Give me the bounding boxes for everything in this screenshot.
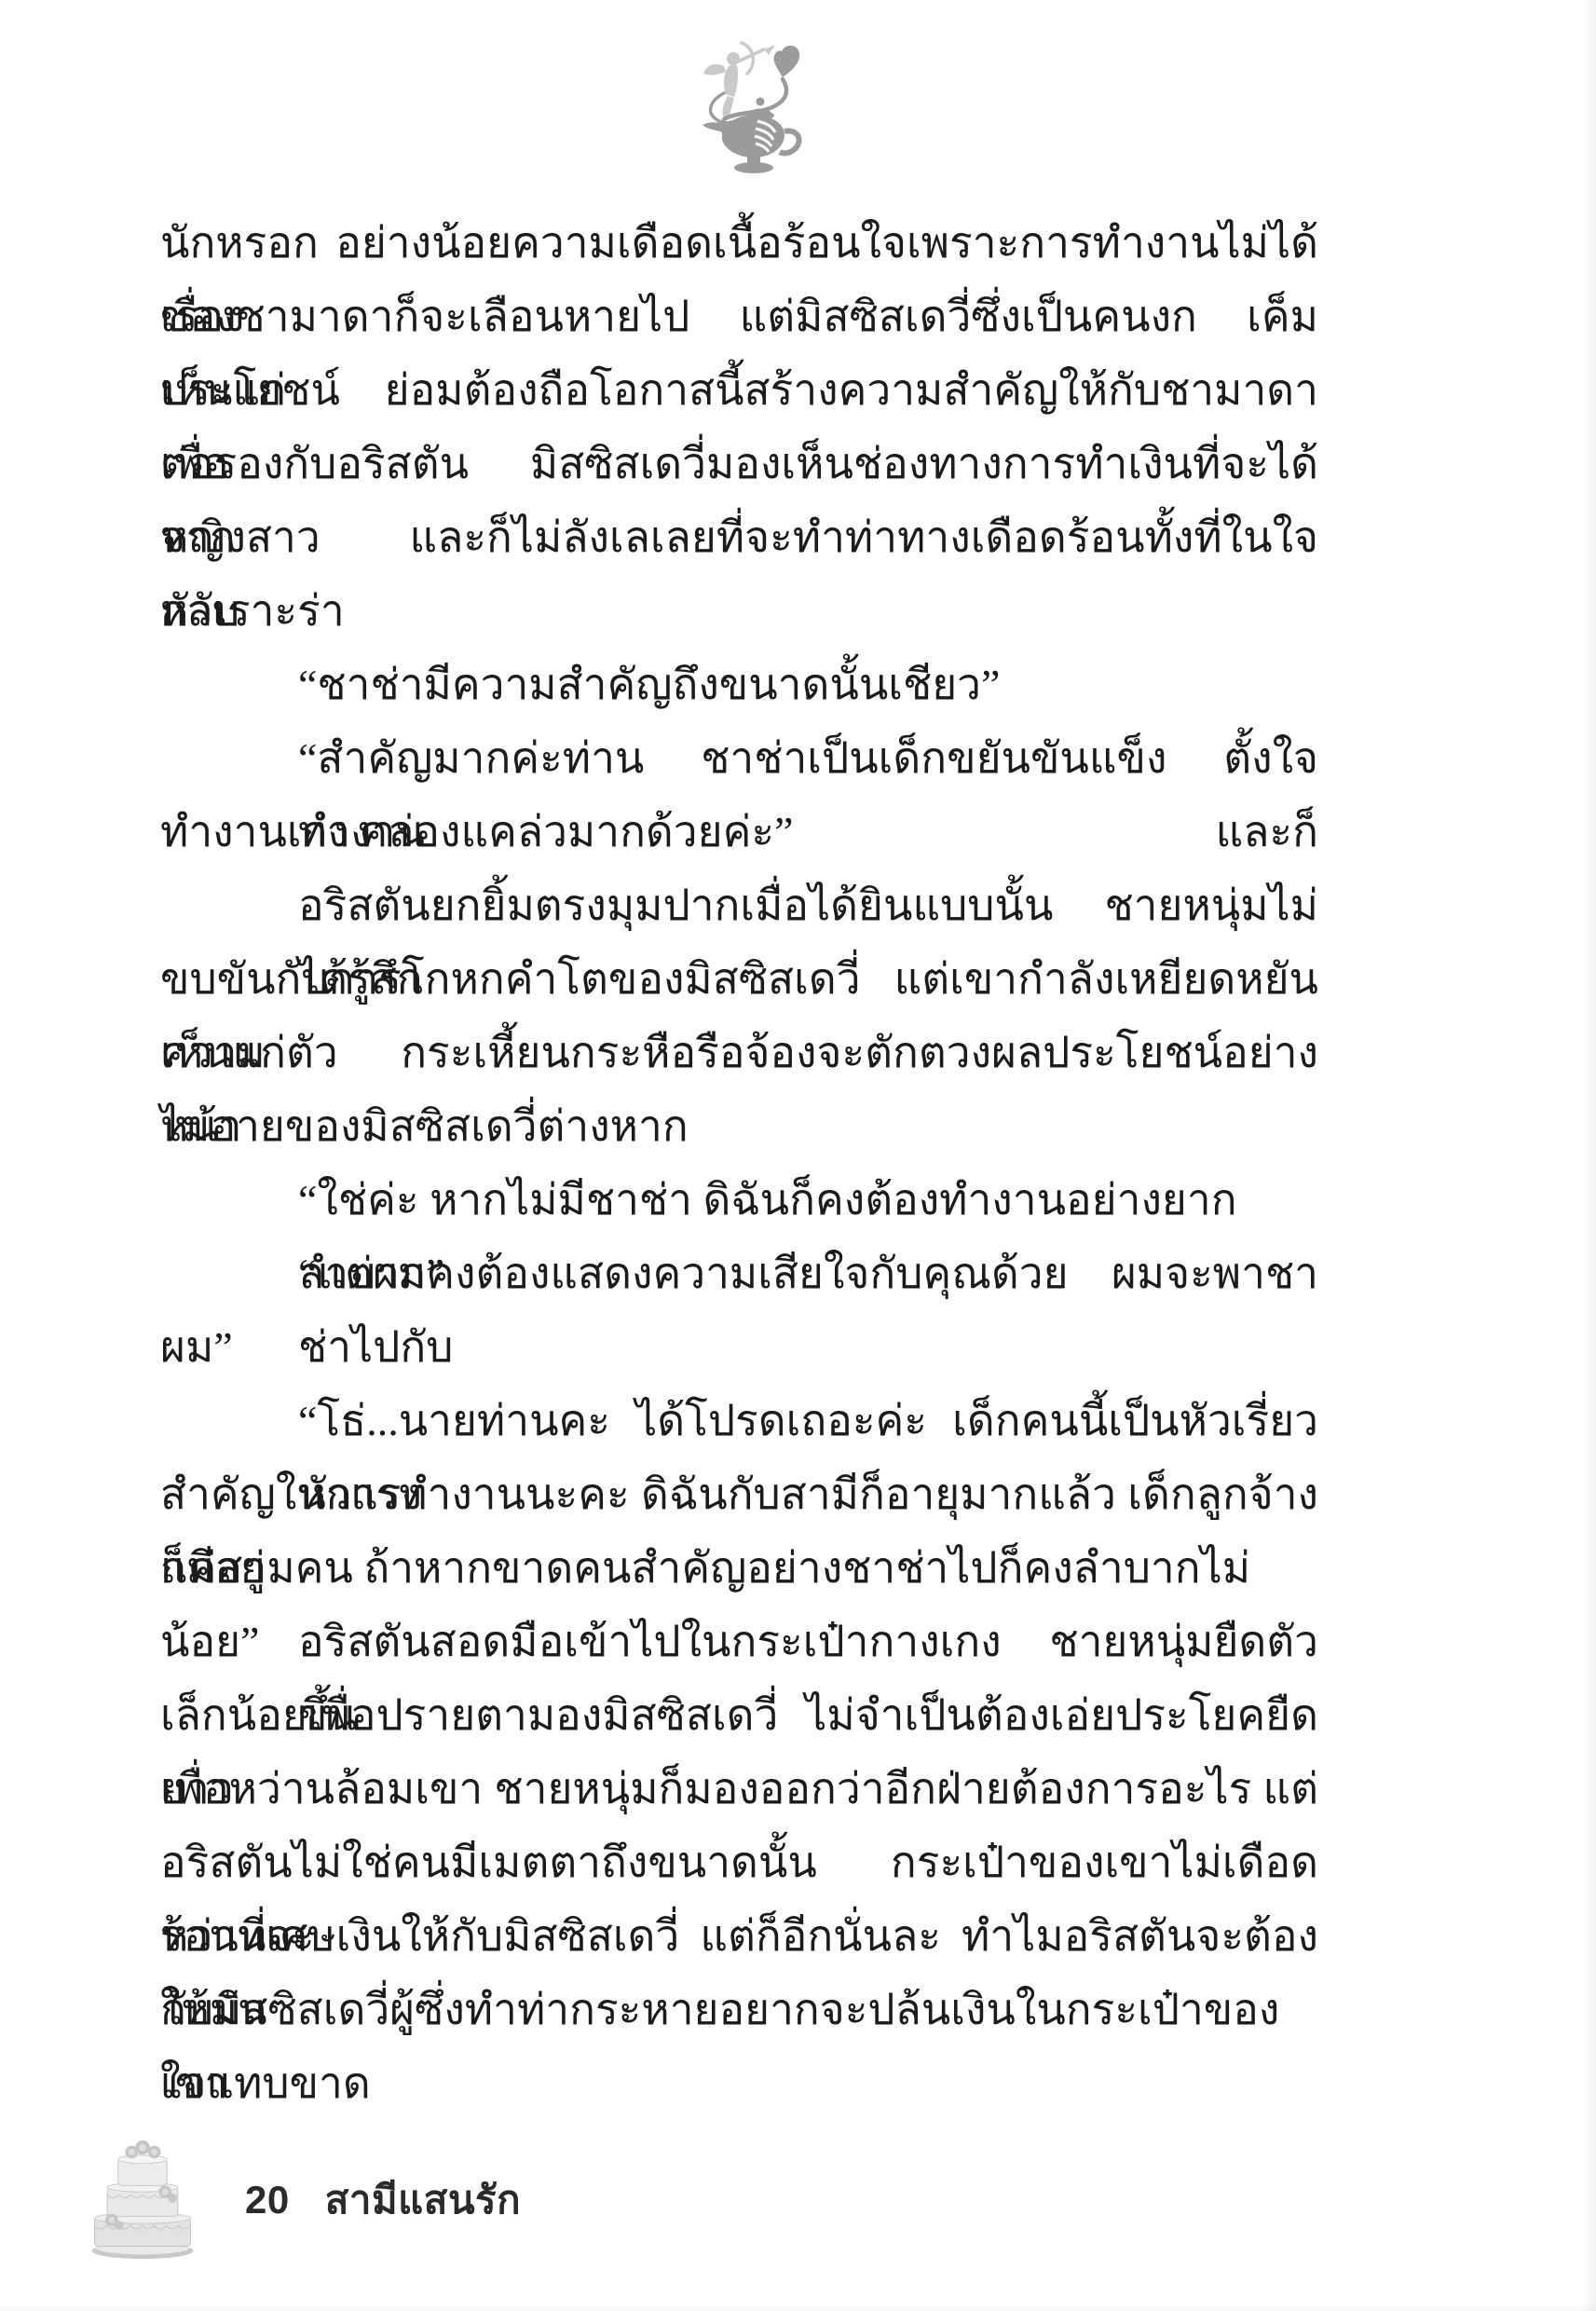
text-line: “ชาช่ามีความสำคัญถึงขนาดนั้นเชียว” (160, 648, 1318, 721)
footer-text: 20สามีแสนรัก (245, 2181, 521, 2220)
text-line: “แต่ผมคงต้องแสดงความเสียใจกับคุณด้วย ผมจ… (160, 1237, 1318, 1310)
text-line: สำคัญในการทำงานนะคะ ดิฉันกับสามีก็อายุมา… (160, 1457, 1318, 1531)
genie-lamp-cupid-ornament (680, 35, 825, 175)
text-line: เล็กน้อยเพื่อปรายตามองมิสซิสเดวี่ ไม่จำเ… (160, 1678, 1318, 1752)
page-number: 20 (245, 2178, 290, 2222)
text-line: ของชามาดาก็จะเลือนหายไป แต่มิสซิสเดวี่ซึ… (160, 280, 1318, 353)
text-line: ขบขันกับการโกหกคำโตของมิสซิสเดวี่ แต่เขา… (160, 942, 1318, 1016)
text-line: เห็นแก่ตัว กระเหี้ยนกระหือรือจ้องจะตักตว… (160, 1016, 1318, 1089)
text-line: ไม่อายของมิสซิสเดวี่ต่างหาก (160, 1089, 1318, 1163)
text-line: “สำคัญมากค่ะท่าน ชาช่าเป็นเด็กขยันขันแข็… (160, 721, 1318, 795)
text-line: “ใช่ค่ะ หากไม่มีชาช่า ดิฉันก็คงต้องทำงาน… (160, 1163, 1318, 1237)
text-line: กับมิสซิสเดวี่ผู้ซึ่งทำท่ากระหายอยากจะปล… (160, 1973, 1318, 2046)
text-line: เพื่อหว่านล้อมเขา ชายหนุ่มก็มองออกว่าอีก… (160, 1752, 1318, 1826)
text-line: นักหรอก อย่างน้อยความเดือดเนื้อร้อนใจเพร… (160, 206, 1318, 280)
text-line: ต่อรองกับอริสตัน มิสซิสเดวี่มองเห็นช่องท… (160, 427, 1318, 500)
text-line: แค่สามคน ถ้าหากขาดคนสำคัญอย่างชาช่าไปก็ค… (160, 1531, 1318, 1605)
wedding-cake-icon (78, 2135, 207, 2262)
text-line: หว่านเศษเงินให้กับมิสซิสเดวี่ แต่ก็อีกนั… (160, 1899, 1318, 1973)
genie-lamp-icon (680, 35, 825, 175)
text-line: อริสตันไม่ใช่คนมีเมตตาถึงขนาดนั้น กระเป๋… (160, 1826, 1318, 1899)
text-line: อริสตันยกยิ้มตรงมุมปากเมื่อได้ยินแบบนั้น… (160, 868, 1318, 942)
text-line: หญิงสาว และก็ไม่ลังเลเลยที่จะทำท่าทางเดื… (160, 500, 1318, 574)
text-line: ประโยชน์ ย่อมต้องถือโอกาสนี้สร้างความสำค… (160, 353, 1318, 427)
text-line: “โธ่...นายท่านคะ ได้โปรดเถอะค่ะ เด็กคนนี… (160, 1384, 1318, 1457)
page-footer: 20สามีแสนรัก (0, 2129, 1596, 2269)
book-title: สามีแสนรัก (325, 2178, 521, 2222)
page-body-text: นักหรอก อย่างน้อยความเดือดเนื้อร้อนใจเพร… (160, 206, 1318, 2120)
text-line: ใจแทบขาด (160, 2046, 1318, 2120)
text-line: หัวเราะร่า (160, 574, 1318, 648)
book-page: นักหรอก อย่างน้อยความเดือดเนื้อร้อนใจเพร… (0, 0, 1596, 2311)
text-line: อริสตันสอดมือเข้าไปในกระเป๋ากางเกง ชายหน… (160, 1605, 1318, 1678)
